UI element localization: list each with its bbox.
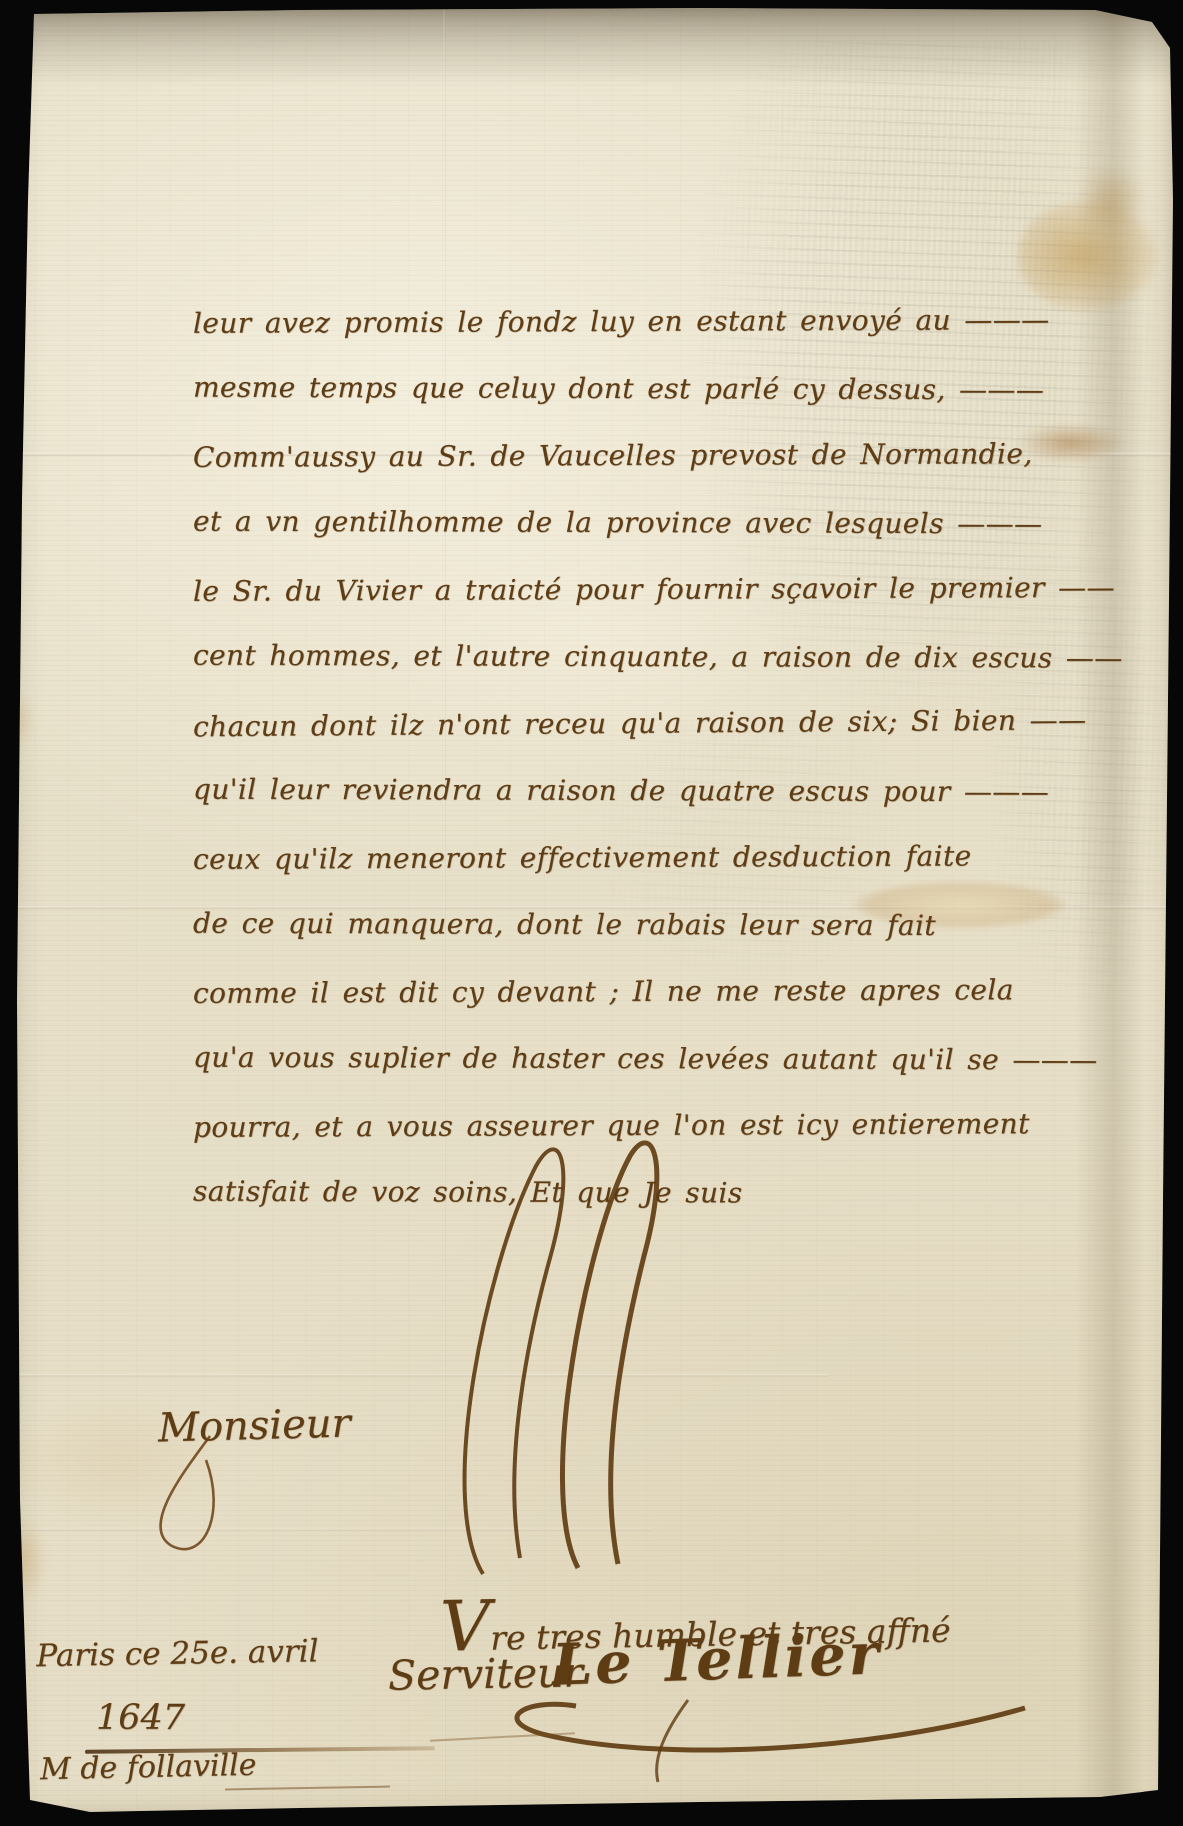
le-tellier-signature: Le Tellier	[551, 1620, 883, 1698]
letter-line: qu'il leur reviendra a raison de quatre …	[193, 756, 1038, 826]
letter-line: qu'a vous suplier de haster ces levées a…	[193, 1024, 1038, 1094]
letter-line: cent hommes, et l'autre cinquante, a rai…	[193, 622, 1038, 692]
letter-line: ceux qu'ilz meneront effectivement desdu…	[193, 822, 1038, 893]
letter-line: le Sr. du Vivier a traicté pour fournir …	[193, 554, 1038, 625]
right-curvature-shadow	[1075, 0, 1145, 1826]
salutation-flourish	[148, 1432, 278, 1572]
year-underline-hairline	[430, 1732, 575, 1742]
top-edge-shadow	[0, 6, 1183, 86]
letter-body: leur avez promis le fondz luy en estant …	[193, 288, 1038, 1226]
signature-underline-flourish	[480, 1692, 1040, 1787]
manuscript-letter-page: leur avez promis le fondz luy en estant …	[0, 0, 1183, 1826]
dateline-place: a Paris ce 25e. avril	[8, 1633, 319, 1674]
stain	[0, 690, 34, 750]
letter-line: leur avez promis le fondz luy en estant …	[193, 286, 1038, 357]
salutation: Monsieur	[157, 1400, 351, 1451]
letter-line: et a vn gentilhomme de la province avec …	[193, 488, 1038, 558]
annotation-tail-stroke	[225, 1786, 390, 1791]
letter-line: de ce qui manquera, dont le rabais leur …	[193, 890, 1038, 960]
horizontal-fold-crease	[0, 1528, 651, 1531]
letter-line: satisfait de voz soins, Et que Je suis	[193, 1158, 1038, 1228]
letter-line: comme il est dit cy devant ; Il ne me re…	[193, 956, 1038, 1027]
letter-line: chacun dont ilz n'ont receu qu'a raison …	[193, 687, 1039, 761]
dateline-year: 1647	[96, 1698, 185, 1738]
letter-line: Comm'aussy au Sr. de Vaucelles prevost d…	[193, 420, 1038, 491]
recipient-annotation: M de follaville	[40, 1748, 257, 1788]
horizontal-fold-crease	[0, 1374, 828, 1377]
letter-line: pourra, et a vous asseurer que l'on est …	[193, 1090, 1038, 1161]
letter-line: mesme temps que celuy dont est parlé cy …	[193, 354, 1038, 424]
photograph-black-backdrop: leur avez promis le fondz luy en estant …	[0, 0, 1183, 1826]
